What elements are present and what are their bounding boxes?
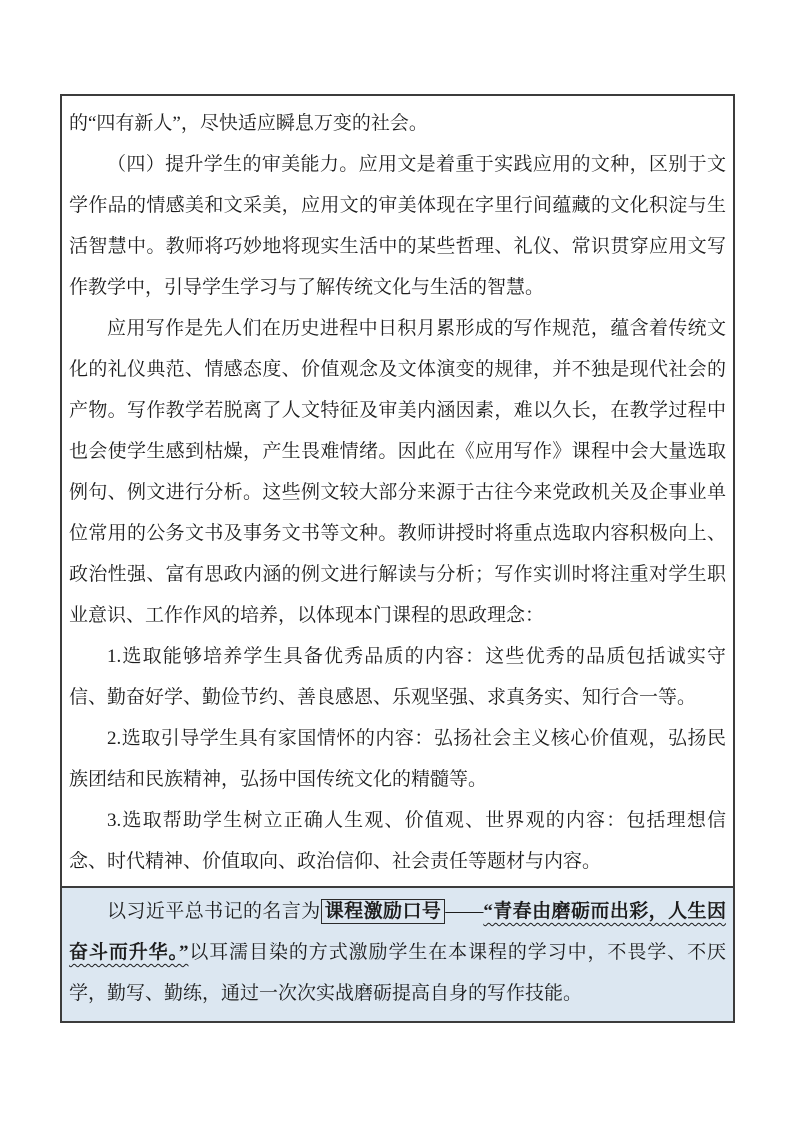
list-item-3: 3.选取帮助学生树立正确人生观、价值观、世界观的内容：包括理想信念、时代精神、价… <box>69 800 726 882</box>
slogan-dash: —— <box>445 901 483 922</box>
slogan-highlight-cell: 以习近平总书记的名言为课程激励口号——“青春由磨砺而出彩，人生因奋斗而升华。”以… <box>62 888 733 1021</box>
paragraph-writing-tradition: 应用写作是先人们在历史进程中日积月累形成的写作规范，蕴含着传统文化的礼仪典范、情… <box>69 308 726 636</box>
main-text-cell: 的“四有新人”，尽快适应瞬息万变的社会。 （四）提升学生的审美能力。应用文是着重… <box>62 96 733 888</box>
list-item-1: 1.选取能够培养学生具备优秀品质的内容：这些优秀的品质包括诚实守信、勤奋好学、勤… <box>69 636 726 718</box>
content-table: 的“四有新人”，尽快适应瞬息万变的社会。 （四）提升学生的审美能力。应用文是着重… <box>60 94 735 1023</box>
slogan-prefix: 以习近平总书记的名言为 <box>107 901 321 922</box>
paragraph-section-4: （四）提升学生的审美能力。应用文是着重于实践应用的文种，区别于文学作品的情感美和… <box>69 144 726 308</box>
slogan-paragraph: 以习近平总书记的名言为课程激励口号——“青春由磨砺而出彩，人生因奋斗而升华。”以… <box>69 891 726 1014</box>
paragraph-continuation: 的“四有新人”，尽快适应瞬息万变的社会。 <box>69 103 726 144</box>
boxed-course-slogan-term: 课程激励口号 <box>321 899 446 924</box>
list-item-2: 2.选取引导学生具有家国情怀的内容：弘扬社会主义核心价值观，弘扬民族团结和民族精… <box>69 718 726 800</box>
document-page: 的“四有新人”，尽快适应瞬息万变的社会。 （四）提升学生的审美能力。应用文是着重… <box>0 0 794 1123</box>
